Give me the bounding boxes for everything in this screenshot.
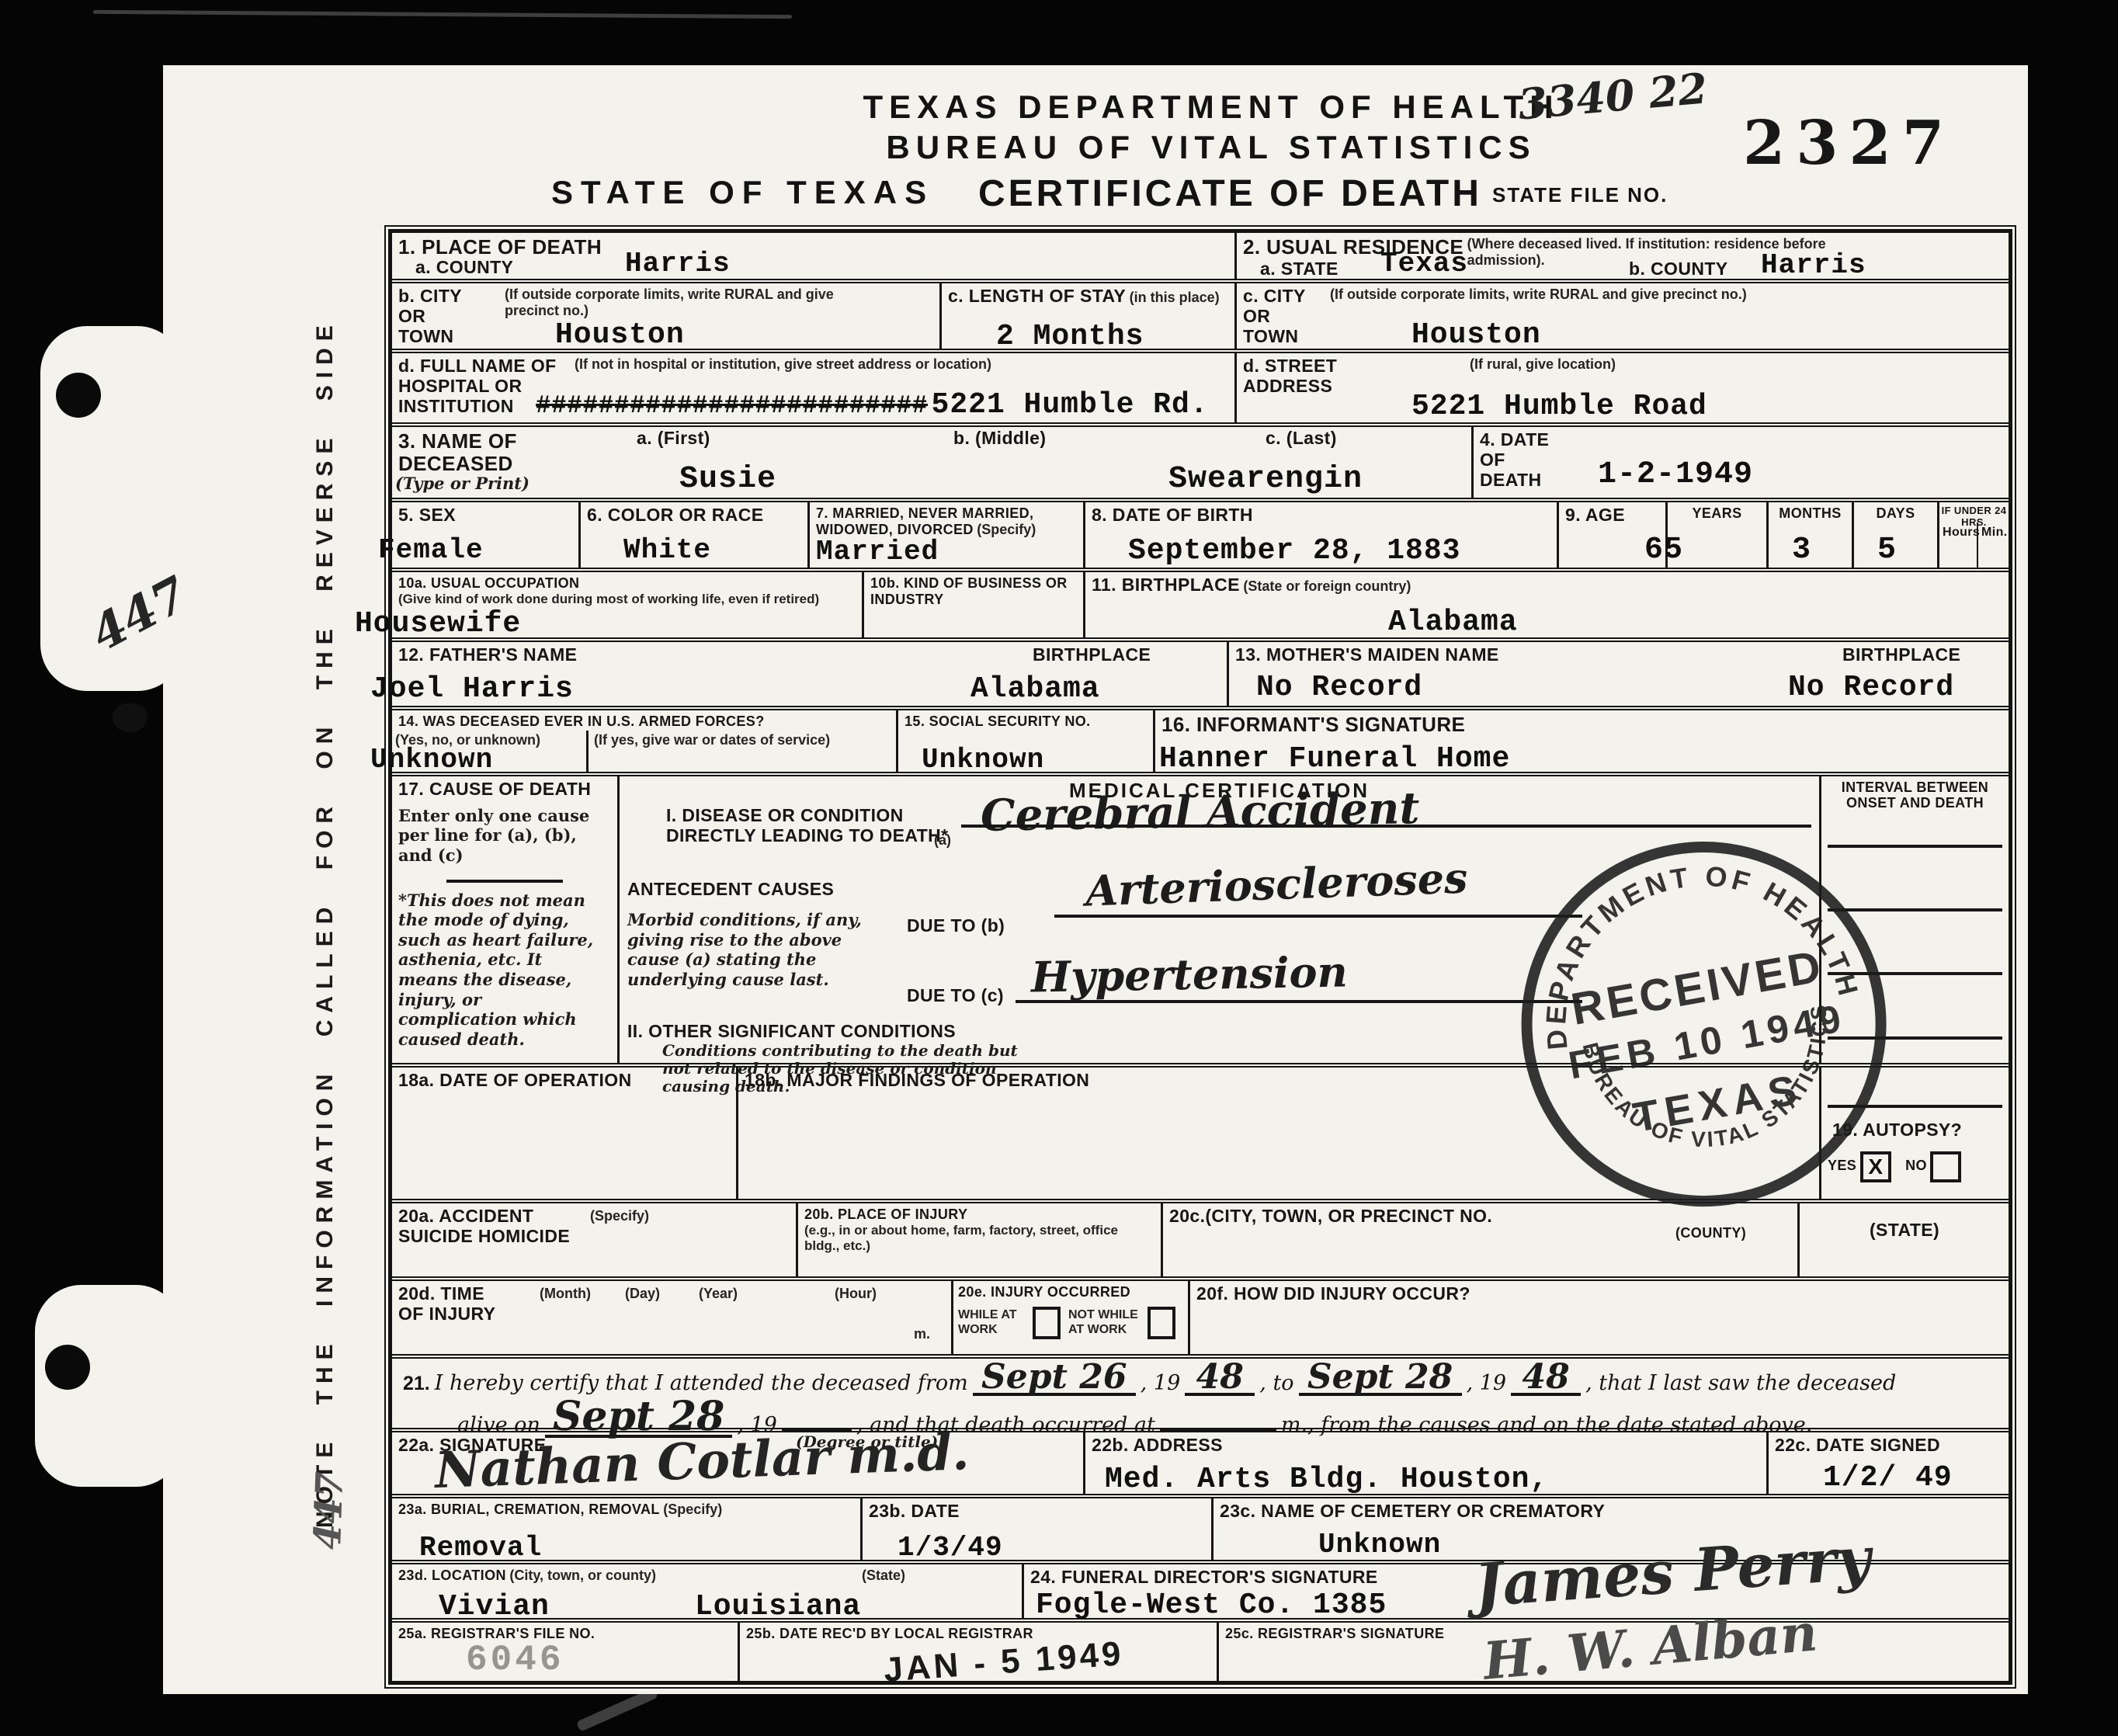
county-label: a. COUNTY (415, 258, 513, 278)
injury-m-tag: m. (914, 1326, 930, 1342)
institution-value: 5221 Humble Rd. (932, 388, 1209, 422)
field-under-24hrs: IF UNDER 24 HRS. Hours Min. (1937, 502, 2009, 568)
age-years-value: 65 (1644, 535, 1683, 566)
burial-date-label: 23b. DATE (869, 1501, 960, 1521)
field-date-received: 25b. DATE REC'D BY LOCAL REGISTRAR JAN -… (738, 1623, 1217, 1681)
film-scan-background: TEXAS DEPARTMENT OF HEALTH BUREAU OF VIT… (0, 0, 2118, 1736)
father-value: Joel Harris (370, 675, 574, 704)
certify-from-handwritten: Sept 26 (973, 1362, 1136, 1396)
registrar-file-label: 25a. REGISTRAR'S FILE NO. (398, 1626, 595, 1641)
industry-label: 10b. KIND OF BUSINESS OR INDUSTRY (870, 575, 1068, 607)
operation-findings-label: 18b. MAJOR FINDINGS OF OPERATION (745, 1070, 1089, 1090)
certify-to-year-handwritten: 48 (1511, 1362, 1581, 1396)
certify-number: 21. (403, 1373, 430, 1395)
mother-birthplace-label: BIRTHPLACE (1842, 645, 1960, 665)
mother-value: No Record (1256, 673, 1422, 703)
field-residence-city: c. CITY OR TOWN (If outside corporate li… (1234, 283, 2009, 349)
stay-note: (in this place) (1130, 290, 1220, 305)
location-state-value: Louisiana (695, 1592, 861, 1622)
not-at-work-label: NOT WHILE AT WORK (1068, 1308, 1140, 1338)
field-sex: 5. SEX Female (392, 502, 578, 568)
sex-value: Female (378, 536, 484, 564)
cemetery-label: 23c. NAME OF CEMETERY OR CREMATORY (1220, 1501, 1605, 1521)
residence-city-value: Houston (1411, 321, 1541, 350)
certify-text: , 19 (1467, 1371, 1507, 1395)
cause-b-tag: DUE TO (b) (907, 916, 1005, 936)
occupation-label: 10a. USUAL OCCUPATION (398, 575, 579, 591)
institution-strikeout: ######################### (536, 391, 928, 420)
residence-state-label: a. STATE (1260, 259, 1339, 279)
injury-place-label: 20b. PLACE OF INJURY (804, 1207, 967, 1222)
row-service: 14. WAS DECEASED EVER IN U.S. ARMED FORC… (392, 710, 2009, 776)
field-how-injury: 20f. HOW DID INJURY OCCUR? (1188, 1281, 2009, 1354)
divider (1977, 523, 1978, 568)
certify-from-year-handwritten: 48 (1185, 1362, 1255, 1396)
field-father: 12. FATHER'S NAME BIRTHPLACE Joel Harris… (392, 642, 1227, 706)
cause-c-handwritten: Hypertension (1031, 950, 1349, 998)
field-age-years: YEARS 65 (1665, 502, 1766, 568)
residence-state-value: Texas (1380, 250, 1468, 278)
handwritten-file-number: 3340 22 (1516, 63, 1710, 129)
field-usual-residence: 2. USUAL RESIDENCE (Where deceased lived… (1234, 233, 2009, 279)
injury-occurred-options: WHILE AT WORK NOT WHILE AT WORK (958, 1307, 1183, 1339)
row-physician: 22a. SIGNATURE (Degree or title) Nathan … (392, 1432, 2009, 1498)
agency-name-line2: BUREAU OF VITAL STATISTICS (846, 129, 1576, 166)
field-physician-address: 22b. ADDRESS Med. Arts Bldg. Houston, (1083, 1432, 1766, 1494)
father-label: 12. FATHER'S NAME (398, 644, 577, 665)
cause-b-handwritten: Arterioscleroses (1085, 856, 1468, 911)
field-cause-of-death-notes: 17. CAUSE OF DEATH Enter only one cause … (392, 776, 617, 1063)
race-value: White (623, 536, 711, 564)
physician-address-value: Med. Arts Bldg. Houston, (1105, 1465, 1548, 1495)
certify-text: I hereby certify that I attended the dec… (435, 1371, 968, 1395)
certify-text: , 19 (1141, 1371, 1181, 1395)
age-months-label: MONTHS (1775, 505, 1845, 521)
row-institution: d. FULL NAME OF HOSPITAL OR INSTITUTION … (392, 353, 2009, 427)
field-length-of-stay: c. LENGTH OF STAY (in this place) 2 Mont… (939, 283, 1234, 349)
field-disposition-location: 23d. LOCATION (City, town, or county) (S… (392, 1564, 1022, 1618)
field-date-signed: 22c. DATE SIGNED 1/2/ 49 (1766, 1432, 2009, 1494)
field-date-of-birth: 8. DATE OF BIRTH September 28, 1883 (1083, 502, 1557, 568)
field-burial-date: 23b. DATE 1/3/49 (860, 1498, 1211, 1560)
injury-city-label: 20c.(CITY, TOWN, OR PRECINCT NO. (1169, 1206, 1492, 1226)
occupation-note: (Give kind of work done during most of w… (398, 592, 833, 607)
injury-day-tag: (Day) (625, 1286, 660, 1302)
min-label: Min. (1981, 526, 2008, 540)
at-work-checkbox (1033, 1307, 1061, 1339)
injury-occurred-label: 20e. INJURY OCCURRED (958, 1284, 1130, 1300)
hours-label: Hours (1943, 526, 1980, 540)
stay-value: 2 Months (996, 322, 1144, 352)
occupation-value: Housewife (355, 609, 521, 639)
disease-label-2: DIRECTLY LEADING TO DEATH* (666, 826, 949, 846)
age-days-value: 5 (1877, 535, 1897, 566)
street-value: 5221 Humble Road (1411, 392, 1707, 422)
divider (586, 731, 589, 772)
injury-year-tag: (Year) (699, 1286, 738, 1302)
first-name-value: Susie (679, 464, 776, 495)
marital-note: (Specify) (977, 522, 1036, 537)
under24-label: IF UNDER 24 HRS. (1941, 505, 2007, 528)
dob-label: 8. DATE OF BIRTH (1092, 505, 1253, 525)
cause-label: 17. CAUSE OF DEATH (398, 779, 611, 800)
burial-value: Removal (419, 1534, 542, 1562)
row-injury-time: 20d. TIME OF INJURY (Month) (Day) (Year)… (392, 1281, 2009, 1359)
field-physician-signature: 22a. SIGNATURE (Degree or title) Nathan … (392, 1432, 1083, 1494)
field-name-of-deceased: 3. NAME OF DECEASED (Type or Print) a. (… (392, 427, 1471, 498)
cause-note1: Enter only one cause per line for (a), (… (398, 806, 592, 866)
field-institution: d. FULL NAME OF HOSPITAL OR INSTITUTION … (392, 353, 1234, 422)
injury-kind-label: 20a. ACCIDENT SUICIDE HOMICIDE (398, 1207, 581, 1247)
certify-text: , that I last saw the deceased (1585, 1371, 1896, 1395)
film-scratch (93, 10, 792, 19)
sex-label: 5. SEX (398, 505, 456, 525)
field-age-months: MONTHS 3 (1766, 502, 1852, 568)
interval-label-1: INTERVAL BETWEEN (1828, 779, 2002, 795)
first-name-label: a. (First) (637, 429, 710, 449)
operation-date-label: 18a. DATE OF OPERATION (398, 1070, 632, 1090)
ink-blot (109, 698, 151, 737)
stay-label: c. LENGTH OF STAY (948, 286, 1126, 306)
residence-county-value: Harris (1761, 252, 1866, 279)
field-age-days: DAYS 5 (1852, 502, 1937, 568)
injury-state-tag: (STATE) (1870, 1220, 1939, 1241)
received-stamp-graphic: DEPARTMENT OF HEALTH BUREAU OF VITAL STA… (1479, 799, 1929, 1248)
death-city-label: b. CITY OR TOWN (398, 286, 472, 346)
not-at-work-checkbox (1148, 1307, 1175, 1339)
at-work-label: WHILE AT WORK (958, 1308, 1025, 1338)
cause-a-handwritten: Cerebral Accident (981, 786, 1420, 838)
injury-month-tag: (Month) (540, 1286, 591, 1302)
funeral-director-label: 24. FUNERAL DIRECTOR'S SIGNATURE (1030, 1567, 1378, 1587)
age-days-label: DAYS (1860, 505, 1931, 521)
field-place-of-injury: 20b. PLACE OF INJURY (e.g., in or about … (796, 1203, 1161, 1276)
death-city-note: (If outside corporate limits, write RURA… (505, 286, 862, 319)
field-death-city: b. CITY OR TOWN (If outside corporate li… (392, 283, 939, 349)
armed-forces-value: Unknown (370, 746, 493, 774)
field-armed-forces: 14. WAS DECEASED EVER IN U.S. ARMED FORC… (392, 710, 896, 772)
margin-handwritten-number-lower: 447 (309, 1471, 349, 1550)
field-industry: 10b. KIND OF BUSINESS OR INDUSTRY (862, 572, 1083, 637)
row-certify: 21. I hereby certify that I attended the… (392, 1359, 2009, 1432)
cause-note2: *This does not mean the mode of dying, s… (398, 891, 594, 1050)
field-registrar-signature: 25c. REGISTRAR'S SIGNATURE H. W. Alban (1217, 1623, 2009, 1681)
hole-punch (45, 1345, 90, 1390)
field-injury-state: (STATE) (1797, 1203, 2009, 1276)
mother-label: 13. MOTHER'S MAIDEN NAME (1235, 644, 1499, 665)
row-occupation: 10a. USUAL OCCUPATION (Give kind of work… (392, 572, 2009, 642)
cause-a-tag: (a) (934, 832, 951, 849)
divider (446, 880, 563, 883)
informant-value: Hanner Funeral Home (1159, 745, 1510, 774)
informant-label: 16. INFORMANT'S SIGNATURE (1161, 713, 1465, 736)
last-name-label: c. (Last) (1266, 429, 1337, 449)
funeral-director-value: Fogle-West Co. 1385 (1036, 1591, 1387, 1620)
injury-hour-tag: (Hour) (835, 1286, 877, 1302)
reverse-side-note: NOTE THE INFORMATION CALLED FOR ON THE R… (312, 255, 339, 1528)
date-received-stamp: JAN - 5 1949 (883, 1634, 1125, 1689)
field-date-of-death: 4. DATE OF DEATH 1-2-1949 (1471, 427, 2009, 498)
age-months-value: 3 (1792, 535, 1811, 566)
field-operation-date: 18a. DATE OF OPERATION (392, 1068, 736, 1199)
burial-label: 23a. BURIAL, CREMATION, REMOVAL (398, 1502, 660, 1517)
place-of-death-label: 1. PLACE OF DEATH (398, 235, 602, 259)
certify-text: , to (1259, 1371, 1293, 1395)
field-mother: 13. MOTHER'S MAIDEN NAME BIRTHPLACE No R… (1227, 642, 2009, 706)
mother-birthplace-value: No Record (1788, 673, 1954, 703)
county-value: Harris (625, 250, 731, 278)
registrar-signature-label: 25c. REGISTRAR'S SIGNATURE (1225, 1626, 1444, 1641)
field-place-of-death: 1. PLACE OF DEATH a. COUNTY Harris (392, 233, 1234, 279)
physician-address-label: 22b. ADDRESS (1092, 1435, 1223, 1455)
how-injury-label: 20f. HOW DID INJURY OCCUR? (1196, 1283, 1470, 1304)
row-place-residence-head: 1. PLACE OF DEATH a. COUNTY Harris 2. US… (392, 233, 2009, 283)
cause-c-tag: DUE TO (c) (907, 986, 1004, 1006)
field-funeral-director: 24. FUNERAL DIRECTOR'S SIGNATURE Fogle-W… (1022, 1564, 2009, 1618)
birthplace-value: Alabama (1388, 608, 1518, 637)
street-note: (If rural, give location) (1470, 356, 1616, 373)
residence-county-label: b. COUNTY (1629, 259, 1728, 279)
race-label: 6. COLOR OR RACE (587, 505, 763, 525)
date-signed-label: 22c. DATE SIGNED (1775, 1435, 1940, 1455)
age-label: 9. AGE (1565, 505, 1625, 525)
residence-city-label: c. CITY OR TOWN (1243, 286, 1317, 346)
hole-punch (56, 373, 101, 418)
field-informant: 16. INFORMANT'S SIGNATURE Hanner Funeral… (1153, 710, 2009, 772)
marital-value: Married (816, 538, 939, 566)
autopsy-no-checkbox (1930, 1151, 1961, 1182)
armed-forces-note2: (If yes, give war or dates of service) (594, 732, 881, 748)
middle-name-label: b. (Middle) (953, 429, 1046, 449)
received-stamp: DEPARTMENT OF HEALTH BUREAU OF VITAL STA… (1479, 799, 1929, 1252)
row-parents: 12. FATHER'S NAME BIRTHPLACE Joel Harris… (392, 642, 2009, 710)
injury-place-note: (e.g., in or about home, farm, factory, … (804, 1223, 1138, 1254)
institution-value-line: ######################### 5221 Humble Rd… (536, 391, 1209, 420)
location-label: 23d. LOCATION (398, 1568, 506, 1583)
certificate-sheet: TEXAS DEPARTMENT OF HEALTH BUREAU OF VIT… (163, 65, 2028, 1694)
blank-line (961, 825, 1811, 828)
field-race: 6. COLOR OR RACE White (578, 502, 807, 568)
registrar-file-value: 6046 (466, 1640, 564, 1680)
father-birthplace-label: BIRTHPLACE (1033, 645, 1151, 665)
ssn-label: 15. SOCIAL SECURITY NO. (904, 713, 1091, 729)
residence-city-note: (If outside corporate limits, write RURA… (1330, 286, 1889, 303)
location-city-value: Vivian (439, 1592, 550, 1622)
other-conditions-label: II. OTHER SIGNIFICANT CONDITIONS (627, 1022, 956, 1042)
age-years-label: YEARS (1674, 505, 1760, 521)
date-signed-value: 1/2/ 49 (1823, 1463, 1953, 1493)
row-registrar: 25a. REGISTRAR'S FILE NO. 6046 25b. DATE… (392, 1623, 2009, 1681)
father-birthplace-value: Alabama (970, 675, 1100, 704)
morbid-note: Morbid conditions, if any, giving rise t… (627, 910, 895, 989)
field-accident-suicide-homicide: 20a. ACCIDENT SUICIDE HOMICIDE (Specify) (392, 1203, 796, 1276)
field-burial: 23a. BURIAL, CREMATION, REMOVAL (Specify… (392, 1498, 860, 1560)
disease-label-1: I. DISEASE OR CONDITION (666, 806, 904, 826)
location-note: (City, town, or county) (509, 1568, 656, 1583)
field-birthplace: 11. BIRTHPLACE (State or foreign country… (1083, 572, 2009, 637)
date-received-label: 25b. DATE REC'D BY LOCAL REGISTRAR (746, 1626, 1033, 1641)
injury-kind-note: (Specify) (590, 1208, 649, 1224)
field-street-address: d. STREET ADDRESS (If rural, give locati… (1234, 353, 2009, 422)
field-time-of-injury: 20d. TIME OF INJURY (Month) (Day) (Year)… (392, 1281, 951, 1354)
dob-value: September 28, 1883 (1128, 536, 1460, 566)
field-registrar-file-no: 25a. REGISTRAR'S FILE NO. 6046 (392, 1623, 738, 1681)
location-state-tag: (State) (862, 1568, 905, 1584)
agency-name-line1: TEXAS DEPARTMENT OF HEALTH (846, 89, 1576, 126)
field-ssn: 15. SOCIAL SECURITY NO. Unknown (896, 710, 1153, 772)
blank-line (1016, 1000, 1582, 1003)
birthplace-label: 11. BIRTHPLACE (1092, 575, 1240, 595)
date-of-death-value: 1-2-1949 (1598, 460, 1753, 491)
field-injury-occurred: 20e. INJURY OCCURRED WHILE AT WORK NOT W… (951, 1281, 1188, 1354)
name-note: (Type or Print) (395, 474, 529, 494)
blank-line (1160, 1408, 1276, 1432)
field-occupation: 10a. USUAL OCCUPATION (Give kind of work… (392, 572, 862, 637)
row-city: b. CITY OR TOWN (If outside corporate li… (392, 283, 2009, 353)
field-marital: 7. MARRIED, NEVER MARRIED, WIDOWED, DIVO… (807, 502, 1083, 568)
burial-note: (Specify) (663, 1502, 722, 1517)
death-city-value: Houston (555, 321, 685, 350)
date-of-death-label: 4. DATE OF DEATH (1480, 430, 1565, 490)
armed-forces-label: 14. WAS DECEASED EVER IN U.S. ARMED FORC… (398, 713, 765, 729)
burial-date-value: 1/3/49 (898, 1534, 1003, 1562)
row-name: 3. NAME OF DECEASED (Type or Print) a. (… (392, 427, 2009, 502)
state-file-no-label: STATE FILE NO. (1492, 183, 1668, 207)
stamped-certificate-number: 2327 (1743, 108, 1955, 179)
birthplace-note: (State or foreign country) (1243, 578, 1411, 594)
certificate-title: CERTIFICATE OF DEATH (978, 172, 1482, 215)
row-injury-kind: 20a. ACCIDENT SUICIDE HOMICIDE (Specify)… (392, 1203, 2009, 1281)
institution-note: (If not in hospital or institution, give… (575, 356, 1165, 373)
ssn-value: Unknown (922, 746, 1044, 774)
last-name-value: Swearengin (1168, 464, 1363, 495)
street-label: d. STREET ADDRESS (1243, 356, 1344, 397)
cemetery-value: Unknown (1318, 1531, 1441, 1559)
state-of-texas-label: STATE OF TEXAS (551, 174, 934, 211)
name-label: 3. NAME OF DECEASED (398, 430, 530, 475)
antecedent-label: ANTECEDENT CAUSES (627, 880, 834, 900)
field-certify-statement: 21. I hereby certify that I attended the… (392, 1359, 2009, 1428)
injury-time-label: 20d. TIME OF INJURY (398, 1284, 503, 1325)
row-demographics: 5. SEX Female 6. COLOR OR RACE White 7. … (392, 502, 2009, 572)
certify-to-handwritten: Sept 28 (1299, 1362, 1462, 1396)
